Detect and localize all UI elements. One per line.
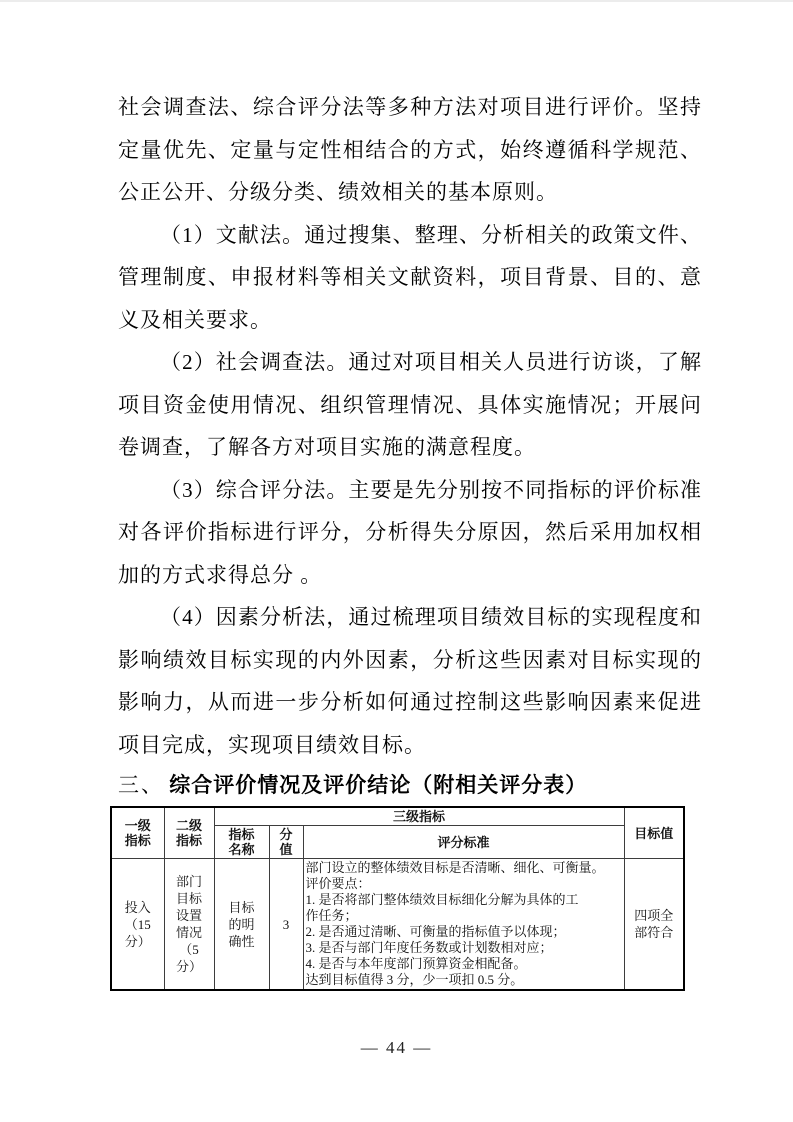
criteria-item-4: 4. 是否与本年度部门预算资金相配备。	[306, 956, 622, 972]
table-row: 投入 （15 分） 部门 目标 设置 情况 （5 分） 目标 的明 确性 3 部…	[111, 859, 684, 991]
body-text: 社会调查法、综合评分法等多种方法对项目进行评价。坚持定量优先、定量与定性相结合的…	[118, 86, 702, 991]
cell-level2-indicator: 部门 目标 设置 情况 （5 分）	[164, 859, 214, 991]
page-number: — 44 —	[0, 1038, 793, 1058]
paragraph-continuation: 社会调查法、综合评分法等多种方法对项目进行评价。坚持定量优先、定量与定性相结合的…	[118, 86, 702, 214]
section-number: 三、	[118, 773, 164, 797]
header-indicator-name: 指标 名称	[214, 826, 269, 859]
criteria-item-3: 3. 是否与部门年度任务数或计划数相对应；	[306, 940, 622, 956]
paragraph-method-2: （2）社会调查法。通过对项目相关人员进行访谈，了解项目资金使用情况、组织管理情况…	[118, 341, 702, 469]
criteria-subtitle: 评价要点：	[306, 876, 622, 892]
document-page: 社会调查法、综合评分法等多种方法对项目进行评价。坚持定量优先、定量与定性相结合的…	[0, 0, 793, 1122]
score-table: 一级 指标 二级 指标 三级指标 目标值 指标 名称 分 值 评分标准 投入 （…	[110, 806, 685, 991]
header-scoring-criteria: 评分标准	[303, 826, 624, 859]
section-heading: 三、 综合评价情况及评价结论（附相关评分表）	[118, 771, 702, 799]
header-level1-indicator: 一级 指标	[111, 807, 164, 859]
section-title: 综合评价情况及评价结论（附相关评分表）	[169, 773, 587, 797]
criteria-intro: 部门设立的整体绩效目标是否清晰、细化、可衡量。	[306, 860, 622, 876]
paragraph-method-1: （1）文献法。通过搜集、整理、分析相关的政策文件、管理制度、申报材料等相关文献资…	[118, 214, 702, 342]
paragraph-method-3: （3）综合评分法。主要是先分别按不同指标的评价标准对各评价指标进行评分，分析得失…	[118, 469, 702, 597]
cell-scoring-criteria: 部门设立的整体绩效目标是否清晰、细化、可衡量。 评价要点： 1. 是否将部门整体…	[303, 859, 624, 991]
cell-indicator-name: 目标 的明 确性	[214, 859, 269, 991]
cell-target-value: 四项全 部符合	[624, 859, 684, 991]
paragraph-method-4: （4）因素分析法，通过梳理项目绩效目标的实现程度和影响绩效目标实现的内外因素，分…	[118, 596, 702, 766]
criteria-item-2: 2. 是否通过清晰、可衡量的指标值予以体现；	[306, 924, 622, 940]
cell-score-value: 3	[269, 859, 303, 991]
page-top-edge	[0, 0, 793, 2]
table-header-row-1: 一级 指标 二级 指标 三级指标 目标值	[111, 807, 684, 826]
criteria-footer: 达到目标值得 3 分，少一项扣 0.5 分。	[306, 972, 622, 988]
header-score-value: 分 值	[269, 826, 303, 859]
header-level3-indicator-group: 三级指标	[214, 807, 624, 826]
header-level2-indicator: 二级 指标	[164, 807, 214, 859]
cell-level1-indicator: 投入 （15 分）	[111, 859, 164, 991]
criteria-item-1: 1. 是否将部门整体绩效目标细化分解为具体的工 作任务；	[306, 892, 622, 924]
header-target-value: 目标值	[624, 807, 684, 859]
